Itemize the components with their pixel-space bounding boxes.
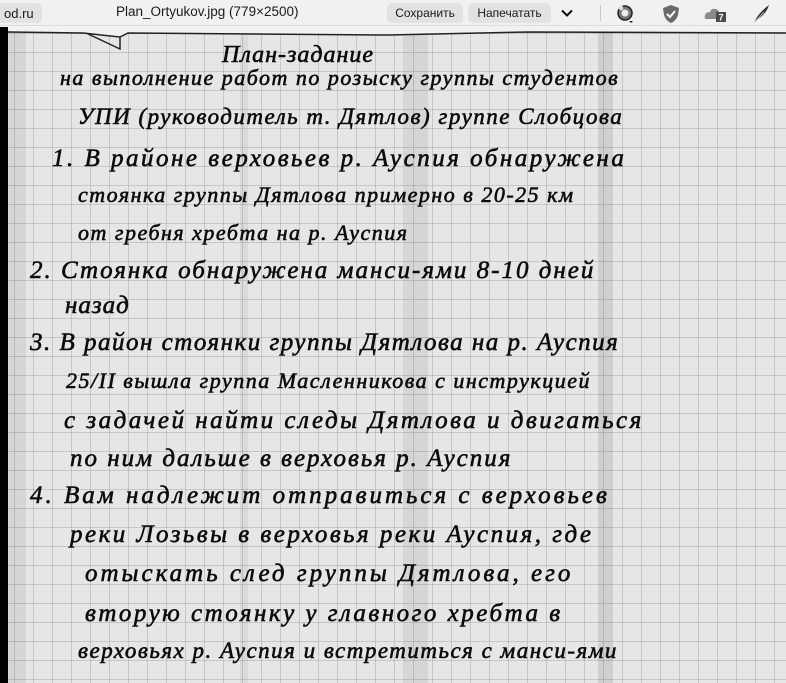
- browser-toolbar: od.ru Plan_Ortyukov.jpg (779×2500) Сохра…: [0, 0, 786, 26]
- document-line: 25/II вышла группа Масленникова с инстру…: [66, 368, 591, 394]
- document-line: назад: [65, 292, 130, 320]
- document-line: 3. В район стоянки группы Дятлова на р. …: [30, 329, 619, 357]
- toolbar-divider: [600, 5, 601, 21]
- document-line: реки Лозьвы в верховья реки Ауспия, где: [70, 521, 594, 549]
- print-button[interactable]: Напечатать: [468, 3, 551, 23]
- document-line: стоянка группы Дятлова примерно в 20-25 …: [78, 182, 575, 208]
- chevron-down-icon[interactable]: [559, 5, 575, 21]
- document-line: на выполнение работ по розыску группы ст…: [60, 65, 619, 91]
- document-line: отыскать след группы Дятлова, его: [85, 560, 573, 588]
- site-address-chip[interactable]: od.ru: [0, 3, 42, 23]
- document-line: УПИ (руководитель т. Дятлов) группе Слоб…: [78, 104, 623, 130]
- document-line: вторую стоянку у главного хребта в: [85, 600, 563, 628]
- document-line: 4. Вам надлежит отправиться с верховьев: [30, 482, 610, 510]
- document-line: с задачей найти следы Дятлова и двигатьс…: [64, 407, 644, 435]
- document-line: 2. Стоянка обнаружена манси-ями 8-10 дне…: [30, 257, 595, 285]
- image-viewport[interactable]: План-задание на выполнение работ по розы…: [0, 27, 786, 683]
- save-button[interactable]: Сохранить: [387, 3, 463, 23]
- document-line: верховьях р. Ауспия и встретиться с манс…: [78, 638, 618, 664]
- cloud-icon[interactable]: 7: [703, 3, 725, 25]
- image-file-title: Plan_Ortyukov.jpg (779×2500): [116, 4, 299, 19]
- document-line: по ним дальше в верховья р. Ауспия: [70, 445, 512, 473]
- torn-paper-edge: [8, 27, 786, 57]
- feather-icon[interactable]: [750, 3, 772, 25]
- gear-refresh-icon[interactable]: [614, 3, 636, 25]
- shield-check-icon[interactable]: [660, 3, 682, 25]
- document-line: от гребня хребта на р. Ауспия: [78, 220, 409, 246]
- document-line: 1. В районе верховьев р. Ауспия обнаруже…: [52, 145, 626, 173]
- cloud-badge-count: 7: [718, 13, 723, 23]
